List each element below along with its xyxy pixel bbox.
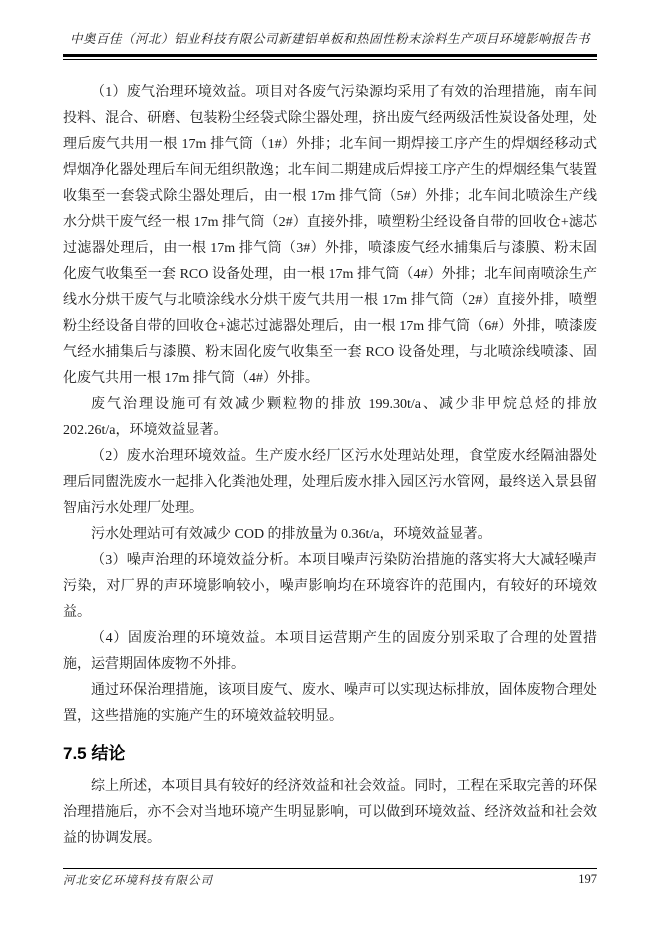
body-paragraph: （2）废水治理环境效益。生产废水经厂区污水处理站处理，食堂废水经隔油器处理后同盥…	[63, 444, 597, 522]
page-footer: 河北安亿环境科技有限公司 197	[63, 868, 597, 888]
body-paragraph: （1）废气治理环境效益。项目对各废气污染源均采用了有效的治理措施，南车间投料、混…	[63, 80, 597, 392]
section-heading-7-5: 7.5 结论	[63, 742, 597, 766]
body-paragraph: （4）固废治理的环境效益。本项目运营期产生的固废分别采取了合理的处置措施，运营期…	[63, 626, 597, 678]
document-page: 中奥百佳（河北）铝业科技有限公司新建铝单板和热固性粉末涂料生产项目环境影响报告书…	[0, 0, 666, 937]
page-header-title: 中奥百佳（河北）铝业科技有限公司新建铝单板和热固性粉末涂料生产项目环境影响报告书	[63, 30, 597, 48]
conclusion-paragraph: 综上所述，本项目具有较好的经济效益和社会效益。同时，工程在采取完善的环保治理措施…	[63, 774, 597, 852]
footer-company-name: 河北安亿环境科技有限公司	[63, 872, 213, 888]
body-paragraph: 废气治理设施可有效减少颗粒物的排放 199.30t/a、减少非甲烷总烃的排放 2…	[63, 392, 597, 444]
footer-page-number: 197	[578, 872, 597, 887]
body-paragraph: （3）噪声治理的环境效益分析。本项目噪声污染防治措施的落实将大大减轻噪声污染，对…	[63, 548, 597, 626]
header-double-rule	[63, 54, 597, 60]
body-paragraph: 污水处理站可有效减少 COD 的排放量为 0.36t/a，环境效益显著。	[63, 522, 597, 548]
body-paragraph: 通过环保治理措施，该项目废气、废水、噪声可以实现达标排放，固体废物合理处置，这些…	[63, 678, 597, 730]
document-body: （1）废气治理环境效益。项目对各废气污染源均采用了有效的治理措施，南车间投料、混…	[63, 80, 597, 852]
